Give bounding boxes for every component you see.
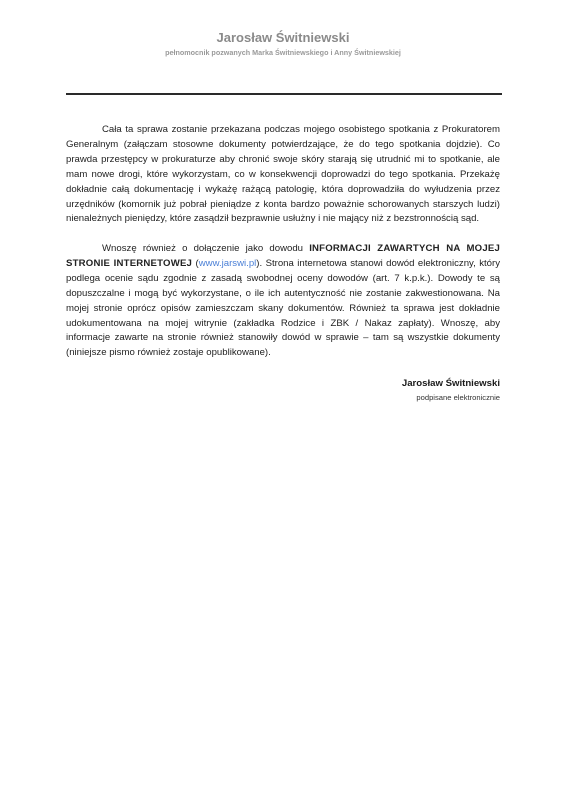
signature-block: Jarosław Świtniewski podpisane elektroni… xyxy=(402,377,500,403)
letterhead-name: Jarosław Świtniewski xyxy=(0,30,566,46)
paragraph-2-open-paren: ( xyxy=(192,258,199,269)
paragraph-2-rest: ). Strona internetowa stanowi dowód elek… xyxy=(66,258,500,358)
letterhead-role: pełnomocnik pozwanych Marka Świtniewskie… xyxy=(0,47,566,58)
signature-note: podpisane elektronicznie xyxy=(402,392,500,403)
paragraph-2: Wnoszę również o dołączenie jako dowodu … xyxy=(66,242,500,361)
website-link[interactable]: www.jarswi.pl xyxy=(199,258,257,269)
signature-name: Jarosław Świtniewski xyxy=(402,377,500,390)
letterhead: Jarosław Świtniewski pełnomocnik pozwany… xyxy=(0,30,566,58)
paragraph-1: Cała ta sprawa zostanie przekazana podcz… xyxy=(66,123,500,227)
header-divider xyxy=(66,93,502,95)
paragraph-2-lead: Wnoszę również o dołączenie jako dowodu xyxy=(102,243,309,254)
